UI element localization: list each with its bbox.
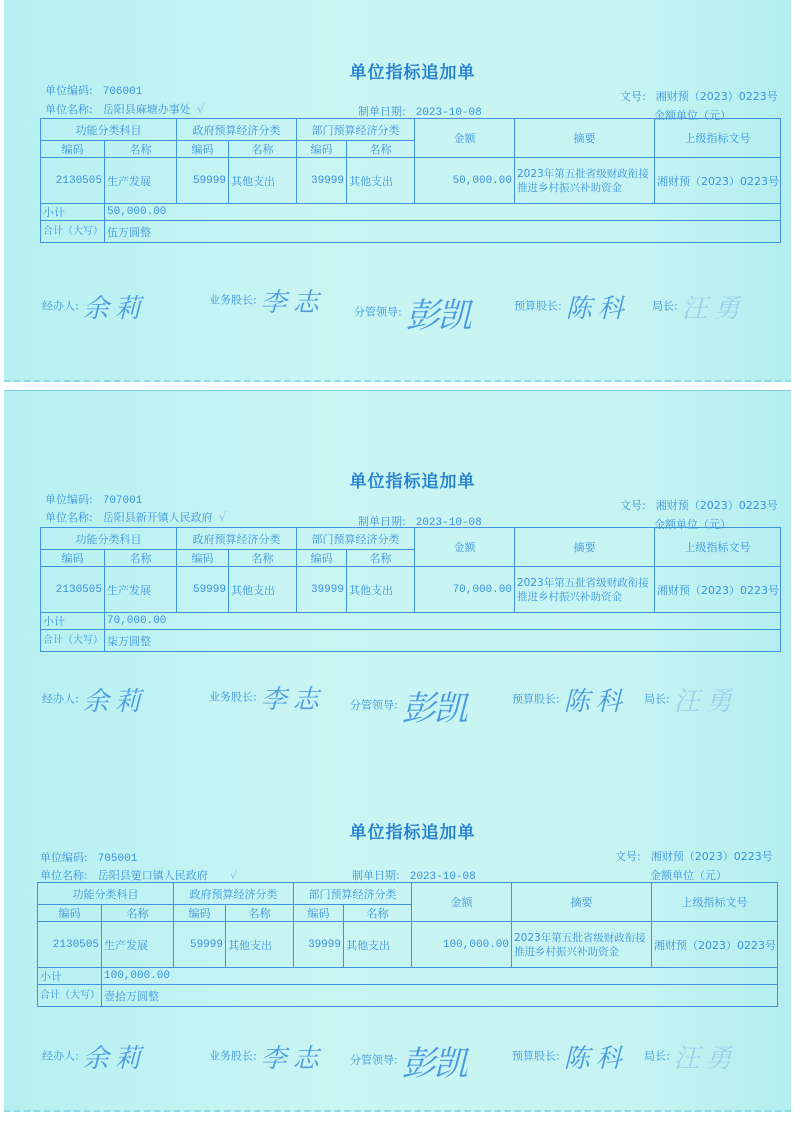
header-dept-econ: 部门预算经济分类 — [297, 119, 415, 141]
handler-name: 余莉 — [83, 1044, 147, 1074]
header-name: 名称 — [105, 550, 177, 567]
total-label: 合计（大写） — [41, 630, 105, 652]
signature-row: 经办人:余莉 业务股长:李志 分管领导:彭凯 预算股长:陈科 局长:汪勇 — [4, 671, 749, 731]
director-signature: 局长:汪勇 — [644, 681, 738, 718]
summary: 2023年第五批省级财政衔接推进乡村振兴补助资金 — [515, 158, 655, 204]
header-code: 编码 — [177, 550, 229, 567]
header-name: 名称 — [229, 550, 297, 567]
gov-name: 其他支出 — [229, 567, 297, 613]
doc-no-label: 文号: — [620, 90, 646, 103]
budget-chief-name: 陈科 — [564, 687, 628, 717]
unit-code-label: 单位编码: — [40, 851, 88, 864]
biz-chief-name: 李志 — [261, 288, 325, 318]
header-func-class: 功能分类科目 — [38, 883, 174, 905]
header-name: 名称 — [105, 141, 177, 158]
amount-unit: 金额单位（元） — [650, 867, 727, 883]
leader-name: 彭凯 — [402, 1044, 466, 1084]
signature-row: 经办人:余莉 业务股长:李志 分管领导:彭凯 预算股长:陈科 局长:汪勇 — [4, 1026, 749, 1086]
total-row: 合计（大写） 柒万圆整 — [41, 630, 781, 652]
header-amount: 金额 — [412, 883, 512, 922]
header-code: 编码 — [294, 905, 344, 922]
leader-signature: 分管领导:彭凯 — [350, 1036, 466, 1085]
header-name: 名称 — [344, 905, 412, 922]
amount: 70,000.00 — [415, 567, 515, 613]
header-code: 编码 — [297, 141, 347, 158]
subtotal-row: 小计 70,000.00 — [41, 613, 781, 630]
unit-code-label: 单位编码: — [45, 84, 93, 97]
header-func-class: 功能分类科目 — [41, 119, 177, 141]
header-func-class: 功能分类科目 — [41, 528, 177, 550]
leader-name: 彭凯 — [406, 296, 470, 336]
header-parent-doc: 上级指标文号 — [652, 883, 778, 922]
unit-name-label: 单位名称: — [45, 103, 93, 116]
unit-name-value: 岳阳县新开镇人民政府 — [103, 511, 213, 524]
header-code: 编码 — [41, 141, 105, 158]
budget-chief-label: 预算股长: — [514, 300, 562, 313]
header-gov-econ: 政府预算经济分类 — [177, 119, 297, 141]
func-name: 生产发展 — [102, 922, 174, 968]
allocation-table: 功能分类科目 政府预算经济分类 部门预算经济分类 金额 摘要 上级指标文号 编码… — [40, 527, 781, 652]
table-row: 2130505 生产发展 59999 其他支出 39999 其他支出 100,0… — [38, 922, 778, 968]
handler-label: 经办人: — [42, 1050, 79, 1063]
subtotal-label: 小计 — [41, 204, 105, 221]
dept-name: 其他支出 — [344, 922, 412, 968]
director-label: 局长: — [644, 1050, 670, 1063]
func-name: 生产发展 — [105, 158, 177, 204]
handler-signature: 经办人:余莉 — [42, 681, 147, 718]
amount: 100,000.00 — [412, 922, 512, 968]
biz-chief-signature: 业务股长:李志 — [209, 1038, 325, 1075]
amount: 50,000.00 — [415, 158, 515, 204]
handler-name: 余莉 — [83, 294, 147, 324]
unit-code-value: 707001 — [103, 495, 143, 507]
check-mark-icon: √ — [197, 102, 205, 116]
budget-chief-signature: 预算股长:陈科 — [512, 1038, 628, 1075]
biz-chief-signature: 业务股长:李志 — [209, 679, 325, 716]
form-sheet-3: 单位指标追加单 单位编码:705001 单位名称:岳阳县筻口镇人民政府√ 制单日… — [4, 740, 791, 1112]
handler-name: 余莉 — [83, 687, 147, 717]
director-label: 局长: — [644, 693, 670, 706]
dept-code: 39999 — [297, 158, 347, 204]
header-name: 名称 — [229, 141, 297, 158]
total-row: 合计（大写） 伍万圆整 — [41, 221, 781, 243]
gov-code: 59999 — [177, 567, 229, 613]
header-code: 编码 — [174, 905, 226, 922]
parent-doc: 湘财预（2023）0223号 — [655, 567, 781, 613]
func-name: 生产发展 — [105, 567, 177, 613]
table-row: 2130505 生产发展 59999 其他支出 39999 其他支出 70,00… — [41, 567, 781, 613]
unit-name-label: 单位名称: — [45, 511, 93, 524]
doc-no-value: 湘财预（2023）0223号 — [656, 499, 778, 512]
doc-no-value: 湘财预（2023）0223号 — [656, 90, 778, 103]
subtotal-value: 70,000.00 — [105, 613, 781, 630]
parent-doc: 湘财预（2023）0223号 — [655, 158, 781, 204]
subtotal-label: 小计 — [38, 968, 102, 985]
gov-name: 其他支出 — [229, 158, 297, 204]
header-code: 编码 — [297, 550, 347, 567]
director-signature: 局长:汪勇 — [652, 288, 746, 325]
header-parent-doc: 上级指标文号 — [655, 119, 781, 158]
gov-name: 其他支出 — [226, 922, 294, 968]
date-label: 制单日期: — [352, 869, 400, 882]
unit-name-value: 岳阳县筻口镇人民政府 — [98, 869, 208, 882]
budget-chief-name: 陈科 — [564, 1044, 628, 1074]
form-title: 单位指标追加单 — [40, 818, 785, 843]
perforation-line — [4, 1110, 791, 1112]
total-row: 合计（大写） 壹拾万圆整 — [38, 985, 778, 1007]
budget-chief-signature: 预算股长:陈科 — [512, 681, 628, 718]
subtotal-value: 100,000.00 — [102, 968, 778, 985]
budget-chief-name: 陈科 — [566, 294, 630, 324]
header-summary: 摘要 — [512, 883, 652, 922]
leader-name: 彭凯 — [402, 689, 466, 729]
director-name: 汪勇 — [674, 1044, 738, 1074]
table-row: 2130505 生产发展 59999 其他支出 39999 其他支出 50,00… — [41, 158, 781, 204]
unit-code-label: 单位编码: — [45, 493, 93, 506]
director-name: 汪勇 — [674, 687, 738, 717]
total-words: 柒万圆整 — [105, 630, 781, 652]
director-name: 汪勇 — [682, 294, 746, 324]
issue-date: 制单日期:2023-10-08 — [358, 103, 482, 119]
doc-number: 文号:湘财预（2023）0223号 — [615, 848, 773, 864]
unit-code: 单位编码:705001 — [40, 849, 137, 865]
doc-number: 文号:湘财预（2023）0223号 — [620, 497, 778, 513]
allocation-table: 功能分类科目 政府预算经济分类 部门预算经济分类 金额 摘要 上级指标文号 编码… — [40, 118, 781, 243]
header-amount: 金额 — [415, 528, 515, 567]
leader-label: 分管领导: — [354, 306, 402, 319]
header-name: 名称 — [102, 905, 174, 922]
unit-code: 单位编码:706001 — [45, 82, 142, 98]
doc-no-label: 文号: — [620, 499, 646, 512]
biz-chief-label: 业务股长: — [209, 691, 257, 704]
leader-signature: 分管领导:彭凯 — [350, 681, 466, 730]
total-label: 合计（大写） — [41, 221, 105, 243]
budget-chief-label: 预算股长: — [512, 1050, 560, 1063]
signature-row: 经办人:余莉 业务股长:李志 分管领导:彭凯 预算股长:陈科 局长:汪勇 — [4, 270, 749, 330]
budget-chief-signature: 预算股长:陈科 — [514, 288, 630, 325]
header-amount: 金额 — [415, 119, 515, 158]
biz-chief-name: 李志 — [261, 685, 325, 715]
allocation-table: 功能分类科目 政府预算经济分类 部门预算经济分类 金额 摘要 上级指标文号 编码… — [37, 882, 778, 1007]
unit-code-value: 705001 — [98, 853, 138, 865]
unit-code: 单位编码:707001 — [45, 491, 142, 507]
handler-signature: 经办人:余莉 — [42, 288, 147, 325]
header-name: 名称 — [347, 550, 415, 567]
perforation-line — [4, 380, 791, 382]
header-gov-econ: 政府预算经济分类 — [174, 883, 294, 905]
func-code: 2130505 — [41, 567, 105, 613]
header-parent-doc: 上级指标文号 — [655, 528, 781, 567]
dept-code: 39999 — [294, 922, 344, 968]
total-label: 合计（大写） — [38, 985, 102, 1007]
header-gov-econ: 政府预算经济分类 — [177, 528, 297, 550]
doc-no-label: 文号: — [615, 850, 641, 863]
form-title: 单位指标追加单 — [40, 467, 785, 492]
check-mark-icon: √ — [230, 868, 238, 882]
summary: 2023年第五批省级财政衔接推进乡村振兴补助资金 — [515, 567, 655, 613]
header-code: 编码 — [41, 550, 105, 567]
biz-chief-name: 李志 — [261, 1044, 325, 1074]
gov-code: 59999 — [174, 922, 226, 968]
parent-doc: 湘财预（2023）0223号 — [652, 922, 778, 968]
biz-chief-label: 业务股长: — [209, 1050, 257, 1063]
handler-label: 经办人: — [42, 300, 79, 313]
summary: 2023年第五批省级财政衔接推进乡村振兴补助资金 — [512, 922, 652, 968]
director-label: 局长: — [652, 300, 678, 313]
director-signature: 局长:汪勇 — [644, 1038, 738, 1075]
header-summary: 摘要 — [515, 119, 655, 158]
func-code: 2130505 — [38, 922, 102, 968]
doc-number: 文号:湘财预（2023）0223号 — [620, 88, 778, 104]
header-name: 名称 — [226, 905, 294, 922]
subtotal-label: 小计 — [41, 613, 105, 630]
header-dept-econ: 部门预算经济分类 — [297, 528, 415, 550]
unit-name-value: 岳阳县麻塘办事处 — [103, 103, 191, 116]
total-words: 壹拾万圆整 — [102, 985, 778, 1007]
header-dept-econ: 部门预算经济分类 — [294, 883, 412, 905]
header-code: 编码 — [38, 905, 102, 922]
date-label: 制单日期: — [358, 105, 406, 118]
func-code: 2130505 — [41, 158, 105, 204]
leader-label: 分管领导: — [350, 699, 398, 712]
unit-code-value: 706001 — [103, 86, 143, 98]
biz-chief-label: 业务股长: — [209, 294, 257, 307]
subtotal-row: 小计 100,000.00 — [38, 968, 778, 985]
subtotal-row: 小计 50,000.00 — [41, 204, 781, 221]
gov-code: 59999 — [177, 158, 229, 204]
dept-code: 39999 — [297, 567, 347, 613]
header-summary: 摘要 — [515, 528, 655, 567]
budget-chief-label: 预算股长: — [512, 693, 560, 706]
leader-label: 分管领导: — [350, 1054, 398, 1067]
form-title: 单位指标追加单 — [40, 58, 785, 83]
leader-signature: 分管领导:彭凯 — [354, 288, 470, 337]
doc-no-value: 湘财预（2023）0223号 — [651, 850, 773, 863]
handler-signature: 经办人:余莉 — [42, 1038, 147, 1075]
check-mark-icon: √ — [219, 510, 227, 524]
subtotal-value: 50,000.00 — [105, 204, 781, 221]
dept-name: 其他支出 — [347, 567, 415, 613]
unit-name: 单位名称:岳阳县筻口镇人民政府√ — [40, 867, 237, 883]
total-words: 伍万圆整 — [105, 221, 781, 243]
unit-name: 单位名称:岳阳县麻塘办事处√ — [45, 101, 204, 117]
handler-label: 经办人: — [42, 693, 79, 706]
header-code: 编码 — [177, 141, 229, 158]
unit-name: 单位名称:岳阳县新开镇人民政府√ — [45, 509, 226, 525]
dept-name: 其他支出 — [347, 158, 415, 204]
unit-name-label: 单位名称: — [40, 869, 88, 882]
form-sheet-2: 单位指标追加单 单位编码:707001 单位名称:岳阳县新开镇人民政府√ 制单日… — [4, 390, 791, 740]
header-name: 名称 — [347, 141, 415, 158]
biz-chief-signature: 业务股长:李志 — [209, 282, 325, 319]
form-sheet-1: 单位指标追加单 单位编码:706001 单位名称:岳阳县麻塘办事处√ 制单日期:… — [4, 0, 791, 382]
issue-date: 制单日期:2023-10-08 — [352, 867, 476, 883]
